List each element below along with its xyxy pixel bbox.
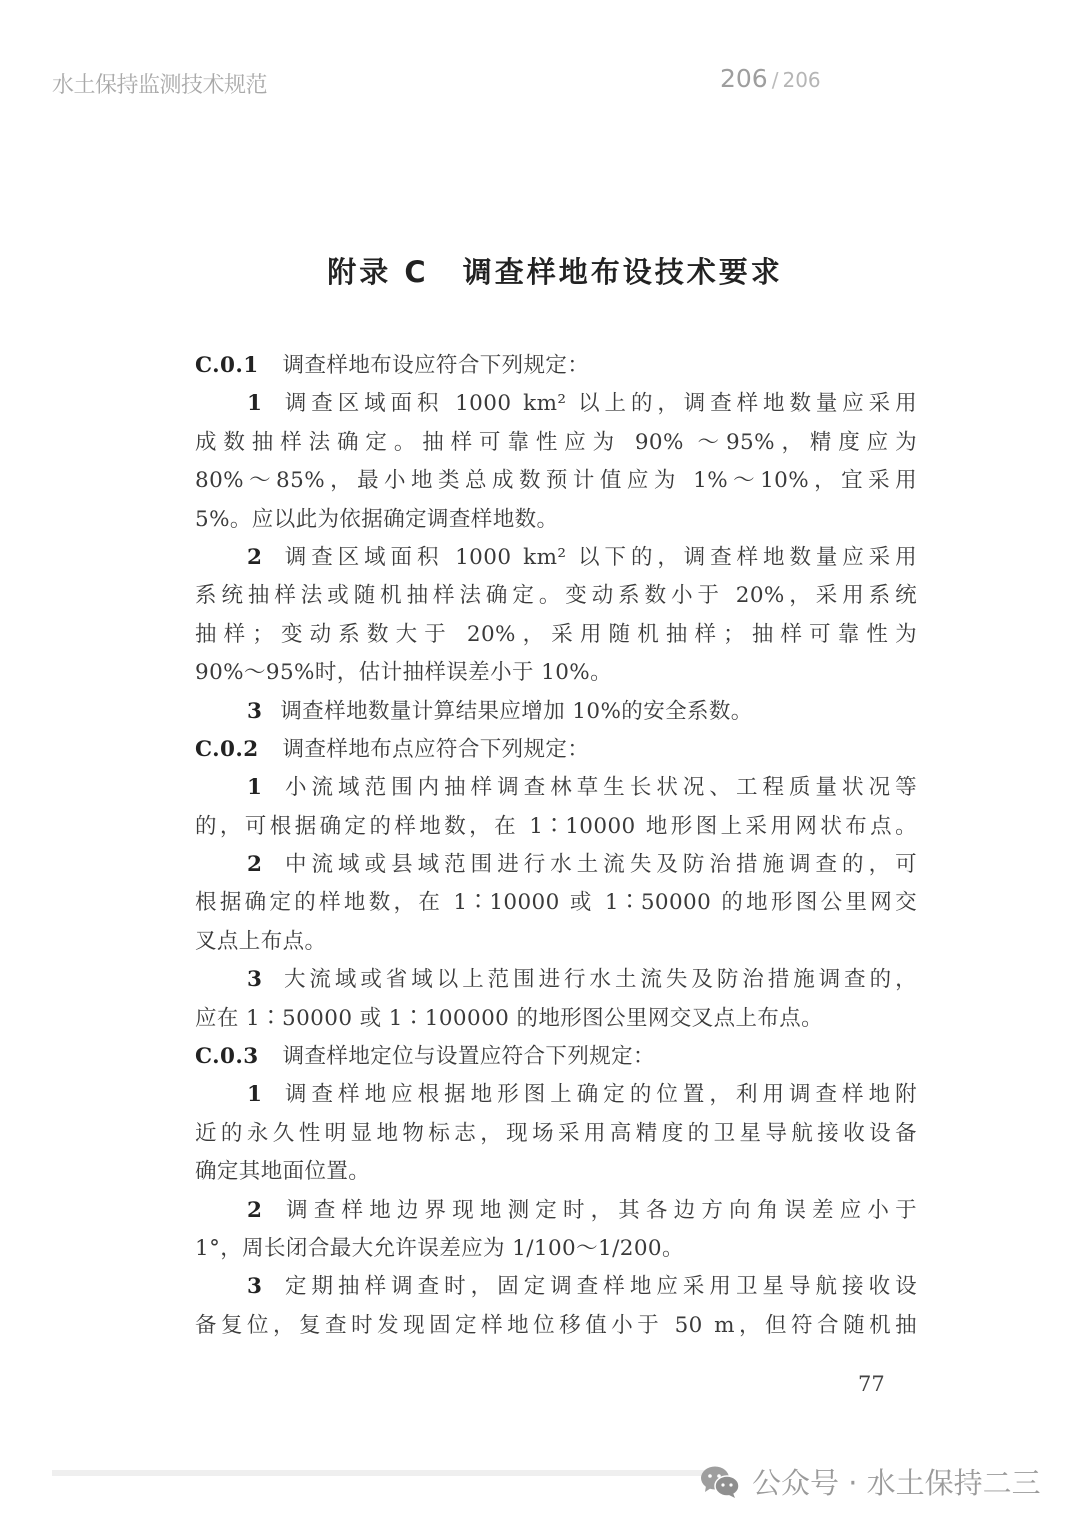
line-text: 调查样地布设应符合下列规定： <box>283 353 590 378</box>
list-item: 3调查样地数量计算结果应增加 10%的安全系数。 <box>195 693 917 731</box>
text-line: 成数抽样法确定。抽样可靠性应为 90% ～95%，精度应为 <box>195 424 917 462</box>
line-text: 抽样；变动系数大于 20%，采用随机抽样；抽样可靠性为 <box>195 622 917 647</box>
list-item: 2调查样地边界现地测定时，其各边方向角误差应小于 <box>195 1192 917 1230</box>
item-number: 3 <box>247 967 262 992</box>
list-item: 3大流域或省域以上范围进行水土流失及防治措施调查的， <box>195 961 917 999</box>
item-number: 2 <box>247 1198 262 1223</box>
text-line: 的，可根据确定的样地数，在 1∶10000 地形图上采用网状布点。 <box>195 808 917 846</box>
line-text: 调查样地数量计算结果应增加 10%的安全系数。 <box>280 699 752 724</box>
clause-heading: C.0.2调查样地布点应符合下列规定： <box>195 731 917 769</box>
line-text: 近的永久性明显地物标志，现场采用高精度的卫星导航接收设备 <box>195 1121 917 1146</box>
line-text: 叉点上布点。 <box>195 929 326 954</box>
text-line: 近的永久性明显地物标志，现场采用高精度的卫星导航接收设备 <box>195 1115 917 1153</box>
text-line: 确定其地面位置。 <box>195 1153 917 1191</box>
appendix-label: 附录 C <box>327 255 428 289</box>
item-number: 1 <box>247 775 262 800</box>
total-pages: 206 <box>782 68 820 92</box>
page-number: 77 <box>858 1372 885 1396</box>
line-text: 定期抽样调查时，固定调查样地应采用卫星导航接收设 <box>280 1274 917 1299</box>
page-separator: / <box>772 68 779 92</box>
line-text: 备复位，复查时发现固定样地位移值小于 50 m，但符合随机抽 <box>195 1313 917 1338</box>
item-number: 1 <box>247 1082 262 1107</box>
text-line: 备复位，复查时发现固定样地位移值小于 50 m，但符合随机抽 <box>195 1307 917 1345</box>
document-body: C.0.1调查样地布设应符合下列规定：1调查区域面积 1000 km² 以上的，… <box>195 347 917 1345</box>
page-heading: 附录 C调查样地布设技术要求 <box>0 250 1080 291</box>
watermark-text: 公众号 · 水土保持二三 <box>752 1461 1041 1502</box>
watermark: 公众号 · 水土保持二三 <box>700 1461 1041 1502</box>
line-text: 中流域或县域范围进行水土流失及防治措施调查的，可 <box>280 852 917 877</box>
clause-heading: C.0.3调查样地定位与设置应符合下列规定： <box>195 1038 917 1076</box>
list-item: 3定期抽样调查时，固定调查样地应采用卫星导航接收设 <box>195 1268 917 1306</box>
line-text: 90%～95%时，估计抽样误差小于 10%。 <box>195 660 612 685</box>
appendix-title: 调查样地布设技术要求 <box>463 255 783 289</box>
wechat-icon <box>700 1465 740 1499</box>
line-text: 调查样地应根据地形图上确定的位置，利用调查样地附 <box>280 1082 917 1107</box>
list-item: 1调查样地应根据地形图上确定的位置，利用调查样地附 <box>195 1076 917 1114</box>
text-line: 根据确定的样地数，在 1∶10000 或 1∶50000 的地形图公里网交 <box>195 884 917 922</box>
clause-number: C.0.3 <box>195 1044 259 1069</box>
reader-header: 水土保持监测技术规范 206/206 <box>0 60 1080 104</box>
clause-number: C.0.1 <box>195 353 259 378</box>
line-text: 调查样地定位与设置应符合下列规定： <box>283 1044 655 1069</box>
list-item: 2调查区域面积 1000 km² 以下的，调查样地数量应采用 <box>195 539 917 577</box>
line-text: 根据确定的样地数，在 1∶10000 或 1∶50000 的地形图公里网交 <box>195 890 917 915</box>
text-line: 1°，周长闭合最大允许误差应为 1/100～1/200。 <box>195 1230 917 1268</box>
item-number: 3 <box>247 1274 262 1299</box>
line-text: 的，可根据确定的样地数，在 1∶10000 地形图上采用网状布点。 <box>195 814 917 839</box>
line-text: 系统抽样法或随机抽样法确定。变动系数小于 20%，采用系统 <box>195 583 917 608</box>
line-text: 大流域或省域以上范围进行水土流失及防治措施调查的， <box>280 967 917 992</box>
line-text: 调查样地边界现地测定时，其各边方向角误差应小于 <box>280 1198 917 1223</box>
item-number: 2 <box>247 852 262 877</box>
list-item: 1调查区域面积 1000 km² 以上的，调查样地数量应采用 <box>195 385 917 423</box>
item-number: 3 <box>247 699 262 724</box>
text-line: 系统抽样法或随机抽样法确定。变动系数小于 20%，采用系统 <box>195 577 917 615</box>
clause-number: C.0.2 <box>195 737 259 762</box>
item-number: 1 <box>247 391 262 416</box>
line-text: 调查样地布点应符合下列规定： <box>283 737 590 762</box>
text-line: 叉点上布点。 <box>195 923 917 961</box>
text-line: 5%。应以此为依据确定调查样地数。 <box>195 501 917 539</box>
document-title: 水土保持监测技术规范 <box>52 68 267 99</box>
item-number: 2 <box>247 545 262 570</box>
line-text: 应在 1∶50000 或 1∶100000 的地形图公里网交叉点上布点。 <box>195 1006 823 1031</box>
reading-progress-bar[interactable] <box>52 1470 712 1476</box>
line-text: 1°，周长闭合最大允许误差应为 1/100～1/200。 <box>195 1236 684 1261</box>
line-text: 调查区域面积 1000 km² 以下的，调查样地数量应采用 <box>280 545 917 570</box>
clause-heading: C.0.1调查样地布设应符合下列规定： <box>195 347 917 385</box>
current-page: 206 <box>720 64 768 93</box>
line-text: 80%～85%，最小地类总成数预计值应为 1%～10%，宜采用 <box>195 468 917 493</box>
list-item: 1小流域范围内抽样调查林草生长状况、工程质量状况等 <box>195 769 917 807</box>
line-text: 成数抽样法确定。抽样可靠性应为 90% ～95%，精度应为 <box>195 430 917 455</box>
line-text: 5%。应以此为依据确定调查样地数。 <box>195 507 558 532</box>
text-line: 应在 1∶50000 或 1∶100000 的地形图公里网交叉点上布点。 <box>195 1000 917 1038</box>
list-item: 2中流域或县域范围进行水土流失及防治措施调查的，可 <box>195 846 917 884</box>
text-line: 抽样；变动系数大于 20%，采用随机抽样；抽样可靠性为 <box>195 616 917 654</box>
page-indicator: 206/206 <box>720 64 821 93</box>
line-text: 小流域范围内抽样调查林草生长状况、工程质量状况等 <box>280 775 917 800</box>
line-text: 确定其地面位置。 <box>195 1159 370 1184</box>
text-line: 80%～85%，最小地类总成数预计值应为 1%～10%，宜采用 <box>195 462 917 500</box>
line-text: 调查区域面积 1000 km² 以上的，调查样地数量应采用 <box>280 391 917 416</box>
text-line: 90%～95%时，估计抽样误差小于 10%。 <box>195 654 917 692</box>
